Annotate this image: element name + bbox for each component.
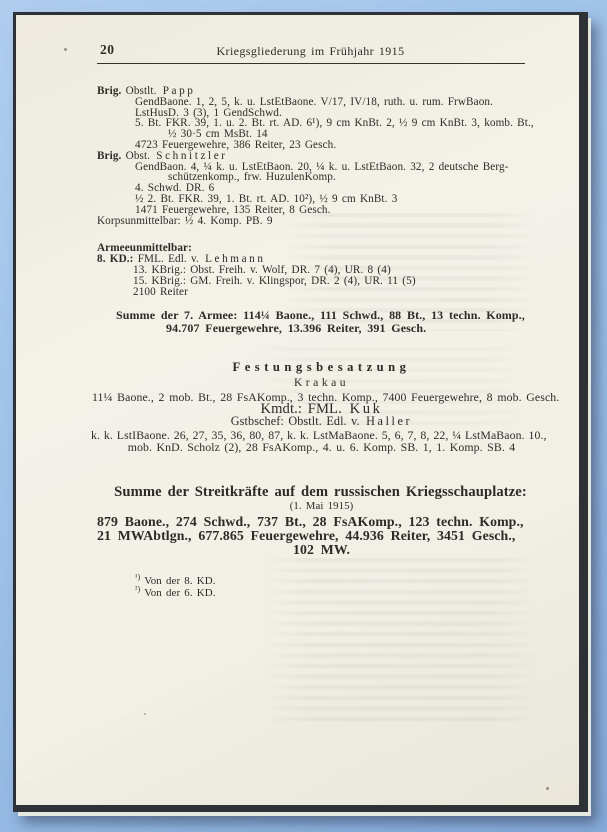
grand-total-heading: Summe der Streitkräfte auf dem russische… bbox=[95, 484, 546, 500]
commander-name: Schnitzler bbox=[154, 150, 227, 162]
header-rule bbox=[97, 63, 525, 64]
scanned-book-page: 20 Kriegsgliederung im Frühjahr 1915 Bri… bbox=[13, 12, 588, 812]
grand-total-date: (1. Mai 1915) bbox=[97, 501, 546, 512]
unit-line: mob. KnD. Scholz (2), 28 FsAKomp., 4. u.… bbox=[97, 442, 546, 453]
paper-speck bbox=[546, 787, 549, 790]
footnote-marker: ²) bbox=[135, 584, 140, 593]
page-surface: 20 Kriegsgliederung im Frühjahr 1915 Bri… bbox=[16, 15, 579, 805]
army7-total: Summe der 7. Armee: 114¼ Baone., 111 Sch… bbox=[97, 309, 546, 334]
army7-total-line: 94.707 Feuergewehre, 13.396 Reiter, 391 … bbox=[97, 322, 546, 335]
footnote-marker: ¹) bbox=[135, 573, 140, 582]
fortress-garrison-section: Festungsbesatzung Krakau 11¼ Baone., 2 m… bbox=[97, 362, 546, 453]
paper-speck bbox=[64, 48, 67, 51]
commander-rank: Obst. bbox=[126, 150, 150, 162]
grand-total-section: Summe der Streitkräfte auf dem russische… bbox=[97, 484, 546, 558]
unit-line: 5. Bt. FKR. 39, 1. u. 2. Bt. rt. AD. 6¹)… bbox=[97, 118, 546, 129]
brigade-label: Brig. bbox=[97, 85, 121, 97]
running-header: 20 Kriegsgliederung im Frühjahr 1915 bbox=[97, 42, 524, 60]
unit-line: GendBaone. 1, 2, 5, k. u. LstEtBaone. V/… bbox=[97, 97, 546, 108]
chapter-title: Kriegsgliederung im Frühjahr 1915 bbox=[97, 42, 524, 59]
grand-total-line: 879 Baone., 274 Schwd., 737 Bt., 28 FsAK… bbox=[97, 515, 546, 529]
division-label: 8. KD.: bbox=[97, 253, 134, 265]
brigade-label: Brig. bbox=[97, 150, 121, 162]
commander-name: Haller bbox=[364, 414, 412, 428]
chief-of-staff: Gstbschef: Obstlt. Edl. v. Haller bbox=[97, 416, 546, 427]
commander-prefix: Gstbschef: Obstlt. Edl. v. bbox=[231, 414, 360, 428]
grand-total-line: 21 MWAbtlgn., 677.865 Feuergewehre, 44.9… bbox=[97, 529, 546, 543]
footnote-text: Von der 8. KD. bbox=[144, 575, 215, 587]
footnote: ²) Von der 6. KD. bbox=[97, 588, 546, 599]
paper-speck bbox=[144, 713, 146, 715]
page-number: 20 bbox=[100, 42, 115, 58]
text-column: Brig. Obstlt. Papp GendBaone. 1, 2, 5, k… bbox=[97, 86, 546, 599]
fortress-name: Krakau bbox=[97, 378, 546, 389]
unit-line: 15. KBrig.: GM. Freih. v. Klingspor, DR.… bbox=[97, 276, 546, 287]
brigade-heading: Brig. Obst. Schnitzler bbox=[97, 151, 546, 162]
fortress-section-heading: Festungsbesatzung bbox=[97, 362, 546, 373]
grand-total-line: 102 MW. bbox=[97, 543, 546, 557]
strength-line: 1471 Feuergewehre, 135 Reiter, 8 Gesch. bbox=[97, 205, 546, 216]
footnotes: ¹) Von der 8. KD. ²) Von der 6. KD. bbox=[97, 576, 546, 598]
strength-line: 2100 Reiter bbox=[97, 287, 546, 298]
korps-direct-line: Korpsunmittelbar: ½ 4. Komp. PB. 9 bbox=[97, 216, 546, 227]
footnote-text: Von der 6. KD. bbox=[144, 587, 215, 599]
